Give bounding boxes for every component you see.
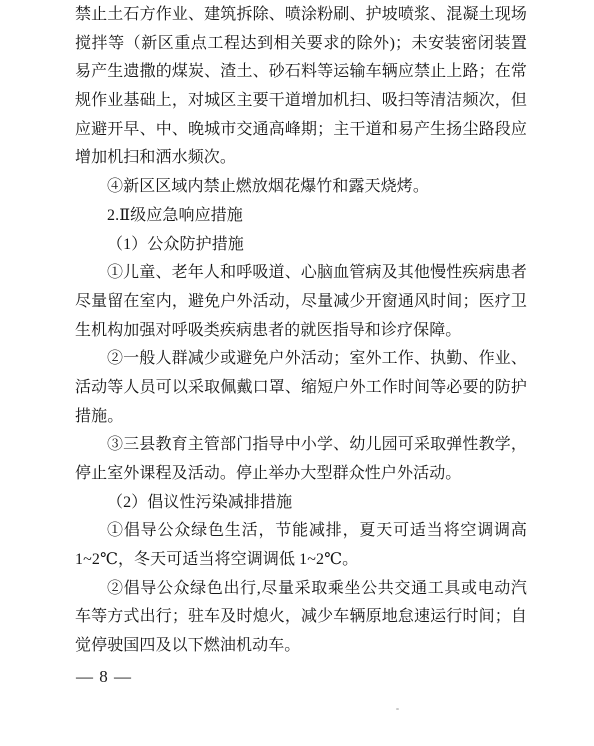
- text-line: ①儿童、老年人和呼吸道、心脑血管病及其他慢性疾病患者: [75, 259, 527, 288]
- text-line: 停止室外课程及活动。停止举办大型群众性户外活动。: [75, 460, 527, 489]
- text-line: 2.Ⅱ级应急响应措施: [75, 202, 527, 231]
- text-line: 生机构加强对呼吸类疾病患者的就医指导和诊疗保障。: [75, 317, 527, 346]
- paragraph: （2）倡议性污染减排措施: [75, 489, 527, 518]
- paragraph: ①倡导公众绿色生活，节能减排，夏天可适当将空调调高1~2℃，冬天可适当将空调调低…: [75, 517, 527, 574]
- text-line: 增加机扫和洒水频次。: [75, 144, 527, 173]
- page-number: — 8 —: [76, 666, 132, 688]
- text-line: （1）公众防护措施: [75, 231, 527, 260]
- paragraph: ④新区区域内禁止燃放烟花爆竹和露天烧烤。: [75, 173, 527, 202]
- text-line: 措施。: [75, 403, 527, 432]
- text-line: 尽量留在室内，避免户外活动，尽量减少开窗通风时间；医疗卫: [75, 288, 527, 317]
- text-line: 应避开早、中、晚城市交通高峰期；主干道和易产生扬尘路段应: [75, 116, 527, 145]
- text-line: ④新区区域内禁止燃放烟花爆竹和露天烧烤。: [75, 173, 527, 202]
- text-line: 易产生遗撒的煤炭、渣土、砂石料等运输车辆应禁止上路；在常: [75, 58, 527, 87]
- text-line: ①倡导公众绿色生活，节能减排，夏天可适当将空调调高: [75, 517, 527, 546]
- paragraph: 2.Ⅱ级应急响应措施: [75, 202, 527, 231]
- paragraph: ②一般人群减少或避免户外活动；室外工作、执勤、作业、活动等人员可以采取佩戴口罩、…: [75, 345, 527, 431]
- paragraph: ①儿童、老年人和呼吸道、心脑血管病及其他慢性疾病患者尽量留在室内，避免户外活动，…: [75, 259, 527, 345]
- body-text: 禁止土石方作业、建筑拆除、喷涂粉刷、护坡喷浆、混凝土现场搅拌等（新区重点工程达到…: [75, 1, 527, 661]
- text-line: 禁止土石方作业、建筑拆除、喷涂粉刷、护坡喷浆、混凝土现场: [75, 1, 527, 30]
- paragraph: ②倡导公众绿色出行,尽量采取乘坐公共交通工具或电动汽车等方式出行；驻车及时熄火，…: [75, 575, 527, 661]
- text-line: （2）倡议性污染减排措施: [75, 489, 527, 518]
- scan-speck-artifact: [396, 708, 399, 710]
- text-line: 车等方式出行；驻车及时熄火，减少车辆原地怠速运行时间；自: [75, 603, 527, 632]
- text-line: 1~2℃，冬天可适当将空调调低 1~2℃。: [75, 546, 527, 575]
- text-line: 活动等人员可以采取佩戴口罩、缩短户外工作时间等必要的防护: [75, 374, 527, 403]
- text-line: 搅拌等（新区重点工程达到相关要求的除外)；未安装密闭装置: [75, 30, 527, 59]
- paragraph: （1）公众防护措施: [75, 231, 527, 260]
- text-line: ②一般人群减少或避免户外活动；室外工作、执勤、作业、: [75, 345, 527, 374]
- text-line: ③三县教育主管部门指导中小学、幼儿园可采取弹性教学，: [75, 431, 527, 460]
- paragraph: 禁止土石方作业、建筑拆除、喷涂粉刷、护坡喷浆、混凝土现场搅拌等（新区重点工程达到…: [75, 1, 527, 173]
- document-page: 禁止土石方作业、建筑拆除、喷涂粉刷、护坡喷浆、混凝土现场搅拌等（新区重点工程达到…: [0, 0, 594, 746]
- text-line: ②倡导公众绿色出行,尽量采取乘坐公共交通工具或电动汽: [75, 575, 527, 604]
- paragraph: ③三县教育主管部门指导中小学、幼儿园可采取弹性教学，停止室外课程及活动。停止举办…: [75, 431, 527, 488]
- text-line: 规作业基础上，对城区主要干道增加机扫、吸扫等清洁频次，但: [75, 87, 527, 116]
- text-line: 觉停驶国四及以下燃油机动车。: [75, 632, 527, 661]
